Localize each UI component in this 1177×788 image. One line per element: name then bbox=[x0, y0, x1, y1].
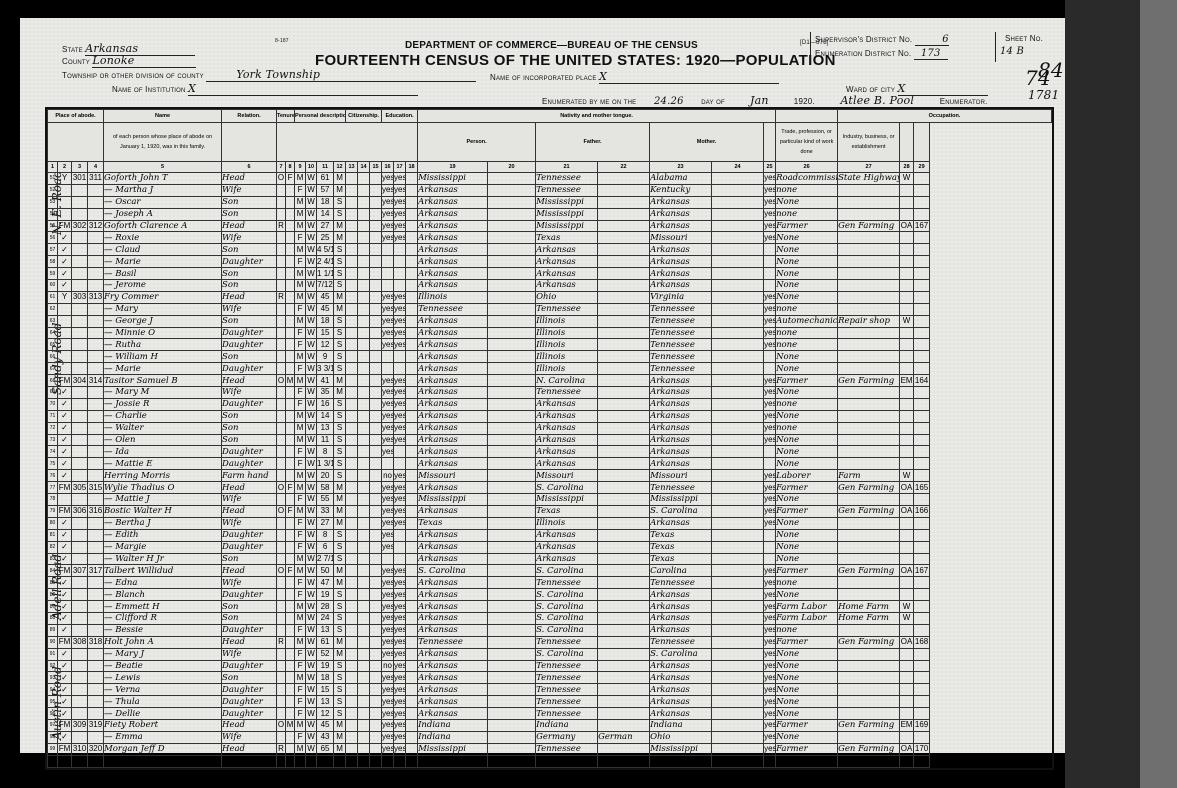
cell-family: 320 bbox=[88, 743, 104, 755]
cell-own: R bbox=[277, 636, 286, 648]
cell-empty bbox=[358, 315, 370, 327]
cell-eng bbox=[764, 446, 776, 458]
cell-eng: yes bbox=[764, 303, 776, 315]
cell-eng: yes bbox=[764, 636, 776, 648]
cell-name: — Bessie bbox=[104, 624, 222, 636]
cell-street: Y bbox=[58, 173, 72, 185]
cell-trade: none bbox=[776, 624, 838, 636]
cell-trade: None bbox=[776, 672, 838, 684]
cell-eng: yes bbox=[764, 482, 776, 494]
cell-industry bbox=[838, 577, 900, 589]
cell-mort bbox=[286, 184, 295, 196]
cell-trade: Farmer bbox=[776, 565, 838, 577]
cell-read: yes bbox=[382, 708, 394, 720]
cell-mpob: Mississippi bbox=[650, 743, 712, 755]
cell-empty bbox=[488, 196, 536, 208]
cell-age: 9 bbox=[317, 351, 334, 363]
line-number: 82 bbox=[48, 541, 58, 553]
cell-empty bbox=[406, 315, 418, 327]
cell-fmt bbox=[598, 280, 650, 292]
cell-sex: F bbox=[295, 589, 306, 601]
cell-fpob: Tennessee bbox=[536, 672, 598, 684]
cell-fmt bbox=[598, 268, 650, 280]
cell-mort: F bbox=[286, 565, 295, 577]
cell-farm bbox=[914, 470, 930, 482]
cell-write: yes bbox=[394, 387, 406, 399]
cell-industry bbox=[838, 434, 900, 446]
cell-write: yes bbox=[394, 589, 406, 601]
cell-fpob: Arkansas bbox=[536, 256, 598, 268]
cell-relation: Wife bbox=[222, 577, 277, 589]
cell-fpob: Indiana bbox=[536, 719, 598, 731]
cell-empty bbox=[346, 553, 358, 565]
cell-name: — Jossie R bbox=[104, 398, 222, 410]
cell-empty bbox=[406, 541, 418, 553]
cell-emp bbox=[900, 303, 914, 315]
line-number: 100 bbox=[48, 755, 58, 767]
column-number: 12 bbox=[334, 162, 346, 173]
cell-marital: M bbox=[334, 565, 346, 577]
cell-empty bbox=[406, 708, 418, 720]
cell-emp bbox=[900, 517, 914, 529]
cell-pob: Arkansas bbox=[418, 363, 488, 375]
line-number: 54 bbox=[48, 208, 58, 220]
cell-race: W bbox=[306, 529, 317, 541]
group-occupation: Occupation. bbox=[838, 110, 1052, 123]
cell-empty bbox=[406, 244, 418, 256]
cell-dwelling bbox=[72, 696, 88, 708]
cell-empty bbox=[358, 636, 370, 648]
cell-name: Goforth Clarence A bbox=[104, 220, 222, 232]
cell-mpob: Missouri bbox=[650, 470, 712, 482]
cell-empty bbox=[346, 660, 358, 672]
cell-sex: F bbox=[295, 339, 306, 351]
cell-empty bbox=[346, 624, 358, 636]
cell-empty bbox=[346, 494, 358, 506]
cell-own: O bbox=[277, 482, 286, 494]
cell-sex: F bbox=[295, 708, 306, 720]
cell-empty bbox=[346, 565, 358, 577]
cell-mpob: Tennessee bbox=[650, 363, 712, 375]
cell-mpob: Arkansas bbox=[650, 446, 712, 458]
cell-mpob: Texas bbox=[650, 553, 712, 565]
cell-trade: None bbox=[776, 755, 838, 767]
cell-industry: Home Farm bbox=[838, 601, 900, 613]
cell-empty bbox=[488, 291, 536, 303]
cell-empty bbox=[406, 303, 418, 315]
cell-mpob: Tennessee bbox=[650, 315, 712, 327]
cell-mpob: Tennessee bbox=[650, 482, 712, 494]
cell-read: yes bbox=[382, 327, 394, 339]
cell-fmt bbox=[598, 327, 650, 339]
cell-trade: None bbox=[776, 494, 838, 506]
cell-marital: S bbox=[334, 398, 346, 410]
cell-pob: S. Carolina bbox=[418, 565, 488, 577]
cell-write: yes bbox=[394, 624, 406, 636]
cell-empty bbox=[488, 660, 536, 672]
cell-mort bbox=[286, 327, 295, 339]
cell-farm bbox=[914, 660, 930, 672]
cell-industry bbox=[838, 672, 900, 684]
cell-family bbox=[88, 196, 104, 208]
line-number: 97 bbox=[48, 719, 58, 731]
cell-pob: Indiana bbox=[418, 731, 488, 743]
cell-marital: M bbox=[334, 743, 346, 755]
cell-farm bbox=[914, 577, 930, 589]
cell-empty bbox=[488, 731, 536, 743]
personal-subheaders bbox=[277, 123, 418, 162]
cell-relation: Son bbox=[222, 422, 277, 434]
cell-street bbox=[58, 327, 72, 339]
cell-fmt bbox=[598, 517, 650, 529]
cell-read: yes bbox=[382, 529, 394, 541]
cell-empty bbox=[488, 434, 536, 446]
cell-empty bbox=[406, 601, 418, 613]
cell-read: yes bbox=[382, 315, 394, 327]
cell-fpob: S. Carolina bbox=[536, 589, 598, 601]
cell-mort bbox=[286, 410, 295, 422]
cell-mort bbox=[286, 280, 295, 292]
cell-emp: W bbox=[900, 612, 914, 624]
cell-race: W bbox=[306, 636, 317, 648]
cell-eng: yes bbox=[764, 624, 776, 636]
cell-fmt bbox=[598, 553, 650, 565]
column-number-row: 1234567891011121314151617181920212223242… bbox=[48, 162, 1052, 173]
cell-empty bbox=[712, 719, 764, 731]
cell-write: yes bbox=[394, 660, 406, 672]
cell-street bbox=[58, 351, 72, 363]
cell-read: yes bbox=[382, 589, 394, 601]
cell-empty bbox=[358, 577, 370, 589]
cell-empty bbox=[358, 505, 370, 517]
cell-empty bbox=[488, 529, 536, 541]
cell-emp bbox=[900, 244, 914, 256]
cell-relation: Head bbox=[222, 505, 277, 517]
cell-emp: OA bbox=[900, 565, 914, 577]
cell-dwelling bbox=[72, 577, 88, 589]
cell-empty bbox=[346, 351, 358, 363]
cell-write: yes bbox=[394, 505, 406, 517]
cell-empty bbox=[346, 387, 358, 399]
cell-race: W bbox=[306, 731, 317, 743]
cell-write: yes bbox=[394, 291, 406, 303]
cell-dwelling bbox=[72, 196, 88, 208]
cell-race: W bbox=[306, 648, 317, 660]
cell-farm: 169 bbox=[914, 719, 930, 731]
column-number: 14 bbox=[358, 162, 370, 173]
cell-fpob: Illinois bbox=[536, 339, 598, 351]
cell-empty bbox=[370, 387, 382, 399]
cell-eng: yes bbox=[764, 398, 776, 410]
cell-pob: Arkansas bbox=[418, 410, 488, 422]
cell-dwelling bbox=[72, 387, 88, 399]
cell-industry: Gen Farming bbox=[838, 636, 900, 648]
cell-pob: Arkansas bbox=[418, 660, 488, 672]
cell-sex: F bbox=[295, 232, 306, 244]
cell-relation: Daughter bbox=[222, 327, 277, 339]
cell-street: ✓ bbox=[58, 517, 72, 529]
table-row: 71✓— CharlieSonMW14SyesyesArkansasArkans… bbox=[48, 410, 1052, 422]
cell-empty bbox=[358, 446, 370, 458]
cell-fpob: Arkansas bbox=[536, 280, 598, 292]
cell-empty bbox=[346, 220, 358, 232]
cell-empty bbox=[370, 755, 382, 767]
column-number: 15 bbox=[370, 162, 382, 173]
cell-empty bbox=[488, 351, 536, 363]
cell-industry bbox=[838, 351, 900, 363]
cell-empty bbox=[370, 256, 382, 268]
cell-sex: M bbox=[295, 601, 306, 613]
cell-farm bbox=[914, 208, 930, 220]
cell-relation: Son bbox=[222, 553, 277, 565]
cell-family bbox=[88, 363, 104, 375]
cell-dwelling: 304 bbox=[72, 375, 88, 387]
cell-relation: Wife bbox=[222, 232, 277, 244]
cell-own bbox=[277, 410, 286, 422]
table-row: 74✓— IdaDaughterFW8SyesArkansasArkansasA… bbox=[48, 446, 1052, 458]
line-number: 91 bbox=[48, 648, 58, 660]
cell-sex: M bbox=[295, 375, 306, 387]
cell-read: yes bbox=[382, 184, 394, 196]
cell-eng: yes bbox=[764, 422, 776, 434]
cell-name: — Emma bbox=[104, 731, 222, 743]
cell-pob: Texas bbox=[418, 517, 488, 529]
cell-fmt bbox=[598, 375, 650, 387]
cell-dwelling: 307 bbox=[72, 565, 88, 577]
cell-empty bbox=[370, 375, 382, 387]
cell-age: 18 bbox=[317, 315, 334, 327]
cell-sex: M bbox=[295, 553, 306, 565]
cell-age: 47 bbox=[317, 577, 334, 589]
cell-sex: M bbox=[295, 173, 306, 185]
cell-trade: none bbox=[776, 184, 838, 196]
cell-empty bbox=[406, 184, 418, 196]
cell-empty bbox=[346, 470, 358, 482]
cell-own bbox=[277, 387, 286, 399]
cell-empty bbox=[712, 755, 764, 767]
ward-label: Ward of city bbox=[846, 85, 895, 94]
cell-name: — Minnie O bbox=[104, 327, 222, 339]
cell-empty bbox=[712, 565, 764, 577]
cell-eng: yes bbox=[764, 220, 776, 232]
cell-pob: Arkansas bbox=[418, 684, 488, 696]
cell-eng: yes bbox=[764, 494, 776, 506]
cell-relation: Son bbox=[222, 268, 277, 280]
cell-pob: Arkansas bbox=[418, 612, 488, 624]
cell-mpob: Arkansas bbox=[650, 708, 712, 720]
table-row: 78— Mattie JWifeFW55MyesyesMississippiMi… bbox=[48, 494, 1052, 506]
cell-relation: Head bbox=[222, 375, 277, 387]
cell-empty bbox=[406, 410, 418, 422]
cell-dwelling bbox=[72, 446, 88, 458]
cell-trade: Farmer bbox=[776, 220, 838, 232]
cell-empty bbox=[406, 719, 418, 731]
cell-mort bbox=[286, 755, 295, 767]
line-number: 98 bbox=[48, 731, 58, 743]
cell-empty bbox=[488, 363, 536, 375]
cell-family bbox=[88, 601, 104, 613]
cell-empty bbox=[358, 755, 370, 767]
enumerated-field: Enumerated by me on the 24.26 day of Jan… bbox=[542, 94, 988, 108]
cell-age: 15 bbox=[317, 327, 334, 339]
cell-eng: yes bbox=[764, 375, 776, 387]
cell-race: W bbox=[306, 565, 317, 577]
cell-race: W bbox=[306, 375, 317, 387]
cell-race: W bbox=[306, 291, 317, 303]
cell-read: yes bbox=[382, 446, 394, 458]
cell-family bbox=[88, 387, 104, 399]
cell-own bbox=[277, 268, 286, 280]
cell-own bbox=[277, 612, 286, 624]
cell-emp bbox=[900, 398, 914, 410]
cell-empty bbox=[712, 482, 764, 494]
cell-trade: None bbox=[776, 351, 838, 363]
cell-empty bbox=[370, 636, 382, 648]
cell-mpob: Arkansas bbox=[650, 280, 712, 292]
cell-trade: None bbox=[776, 280, 838, 292]
line-number: 72 bbox=[48, 422, 58, 434]
cell-farm: 166 bbox=[914, 505, 930, 517]
cell-sex: M bbox=[295, 636, 306, 648]
cell-empty bbox=[712, 410, 764, 422]
cell-pob: Arkansas bbox=[418, 624, 488, 636]
cell-street: FM bbox=[58, 565, 72, 577]
cell-mpob: Alabama bbox=[650, 173, 712, 185]
cell-relation: Farm hand bbox=[222, 470, 277, 482]
cell-empty bbox=[370, 422, 382, 434]
line-number: 74 bbox=[48, 446, 58, 458]
cell-family bbox=[88, 648, 104, 660]
cell-pob: Arkansas bbox=[418, 184, 488, 196]
cell-emp bbox=[900, 363, 914, 375]
cell-emp bbox=[900, 196, 914, 208]
cell-read: yes bbox=[382, 624, 394, 636]
cell-emp bbox=[900, 458, 914, 470]
cell-relation: Son bbox=[222, 315, 277, 327]
cell-name: Talbert Willidud bbox=[104, 565, 222, 577]
cell-farm bbox=[914, 387, 930, 399]
cell-empty bbox=[358, 743, 370, 755]
cell-trade: None bbox=[776, 196, 838, 208]
line-number: 80 bbox=[48, 517, 58, 529]
cell-industry: State Highway bbox=[838, 173, 900, 185]
cell-industry bbox=[838, 708, 900, 720]
cell-name: — Edith bbox=[104, 529, 222, 541]
cell-empty bbox=[712, 387, 764, 399]
cell-race: W bbox=[306, 434, 317, 446]
table-row: 57✓— ClaudSonMW4 5/12SArkansasArkansasAr… bbox=[48, 244, 1052, 256]
cell-farm bbox=[914, 434, 930, 446]
cell-mpob: Arkansas bbox=[650, 589, 712, 601]
cell-empty bbox=[488, 256, 536, 268]
cell-sex: F bbox=[295, 494, 306, 506]
cell-trade: none bbox=[776, 303, 838, 315]
cell-mpob: Texas bbox=[650, 529, 712, 541]
cell-sex: M bbox=[295, 208, 306, 220]
stamp-number-mid: 74 bbox=[1025, 66, 1051, 90]
cell-dwelling bbox=[72, 624, 88, 636]
cell-name: Bostic Walter H bbox=[104, 505, 222, 517]
cell-age: 52 bbox=[317, 648, 334, 660]
cell-relation: Son bbox=[222, 196, 277, 208]
cell-family bbox=[88, 577, 104, 589]
cell-industry bbox=[838, 553, 900, 565]
cell-fpob: Illinois bbox=[536, 327, 598, 339]
cell-dwelling bbox=[72, 541, 88, 553]
cell-street: FM bbox=[58, 375, 72, 387]
cell-age: 61 bbox=[317, 173, 334, 185]
cell-mpob: Mississippi bbox=[650, 494, 712, 506]
cell-empty bbox=[488, 232, 536, 244]
cell-empty bbox=[712, 708, 764, 720]
cell-empty bbox=[346, 280, 358, 292]
cell-relation: Head bbox=[222, 636, 277, 648]
group-tenure: Tenure. bbox=[277, 110, 295, 123]
cell-name: — Mary M bbox=[104, 387, 222, 399]
cell-empty bbox=[370, 184, 382, 196]
cell-empty bbox=[346, 672, 358, 684]
cell-sex: M bbox=[295, 220, 306, 232]
cell-race: W bbox=[306, 612, 317, 624]
cell-trade: Farm Labor bbox=[776, 612, 838, 624]
cell-empty bbox=[406, 553, 418, 565]
cell-relation: Daughter bbox=[222, 684, 277, 696]
cell-family: 317 bbox=[88, 565, 104, 577]
column-number: 6 bbox=[222, 162, 277, 173]
cell-fmt bbox=[598, 363, 650, 375]
cell-empty bbox=[406, 565, 418, 577]
cell-own bbox=[277, 208, 286, 220]
cell-fpob: Tennessee bbox=[536, 660, 598, 672]
line-number: 75 bbox=[48, 458, 58, 470]
cell-own bbox=[277, 327, 286, 339]
cell-industry bbox=[838, 648, 900, 660]
cell-sex: M bbox=[295, 719, 306, 731]
cell-empty bbox=[346, 684, 358, 696]
cell-fmt bbox=[598, 398, 650, 410]
cell-eng bbox=[764, 351, 776, 363]
census-table: Place of abode. Name Relation. Tenure. P… bbox=[45, 107, 1054, 770]
cell-industry bbox=[838, 517, 900, 529]
cell-name: — Margie bbox=[104, 541, 222, 553]
cell-emp: EM bbox=[900, 375, 914, 387]
cell-pob: Indiana bbox=[418, 719, 488, 731]
cell-industry bbox=[838, 363, 900, 375]
cell-empty bbox=[712, 363, 764, 375]
cell-family bbox=[88, 517, 104, 529]
cell-empty bbox=[370, 351, 382, 363]
cell-empty bbox=[370, 410, 382, 422]
table-row: 70✓— Jossie RDaughterFW16SyesyesArkansas… bbox=[48, 398, 1052, 410]
cell-family bbox=[88, 351, 104, 363]
cell-mort bbox=[286, 422, 295, 434]
cell-farm bbox=[914, 553, 930, 565]
cell-relation: Head bbox=[222, 220, 277, 232]
cell-family: 311 bbox=[88, 173, 104, 185]
cell-marital: S bbox=[334, 422, 346, 434]
cell-eng: yes bbox=[764, 696, 776, 708]
table-row: 100✓— EmmaWifeFW47MyesyesAlabamaAlabamaA… bbox=[48, 755, 1052, 767]
cell-marital: S bbox=[334, 470, 346, 482]
cell-empty bbox=[406, 446, 418, 458]
cell-farm bbox=[914, 755, 930, 767]
cell-own bbox=[277, 601, 286, 613]
cell-fmt bbox=[598, 708, 650, 720]
cell-write: yes bbox=[394, 184, 406, 196]
cell-race: W bbox=[306, 577, 317, 589]
cell-pob: Alabama bbox=[418, 755, 488, 767]
line-number: 61 bbox=[48, 291, 58, 303]
